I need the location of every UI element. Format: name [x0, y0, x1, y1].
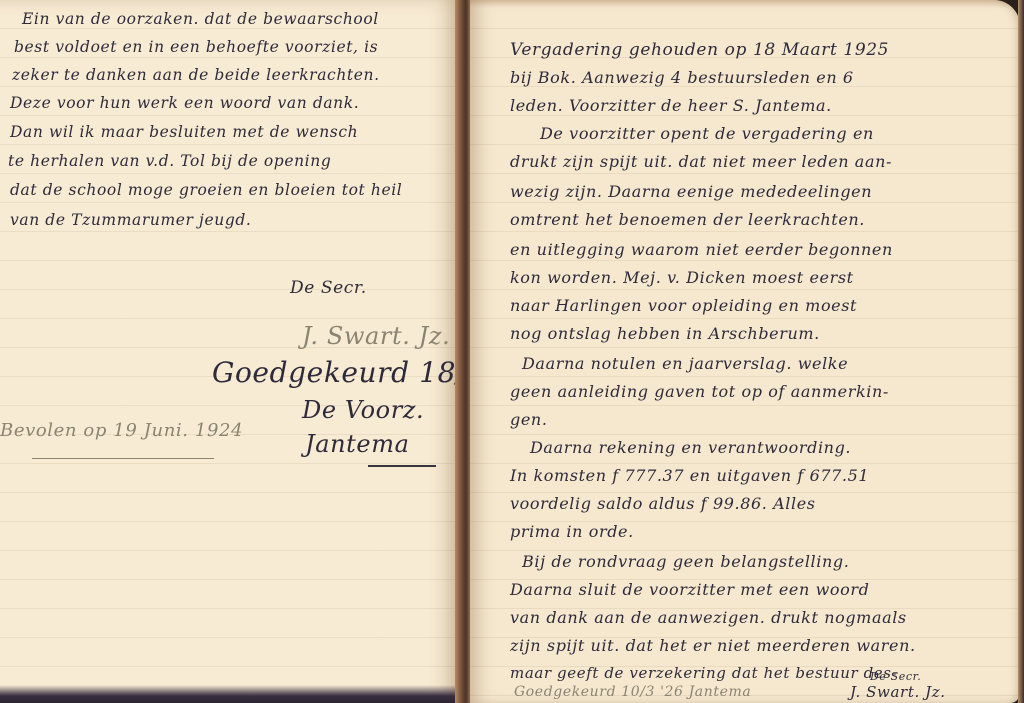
handwritten-line: Vergadering gehouden op 18 Maart 1925: [510, 40, 889, 60]
handwritten-line: In komsten f 777.37 en uitgaven f 677.51: [510, 466, 869, 485]
approval-title: De Voorz.: [302, 396, 424, 424]
approval-signature: Jantema: [305, 430, 410, 458]
handwritten-line: best voldoet en in een behoefte voorziet…: [14, 38, 378, 56]
handwritten-line: Bij de rondvraag geen belangstelling.: [522, 552, 849, 571]
handwritten-line: dat de school moge groeien en bloeien to…: [10, 181, 402, 199]
handwritten-line: en uitlegging waarom niet eerder begonne…: [510, 240, 893, 259]
handwritten-line: zeker te danken aan de beide leerkrachte…: [12, 66, 380, 84]
handwritten-line: omtrent het benoemen der leerkrachten.: [510, 210, 865, 229]
secretary-signature: J. Swart. Jz.: [302, 322, 450, 350]
handwritten-line: maar geeft de verzekering dat het bestuu…: [510, 664, 897, 682]
handwritten-line: Ein van de oorzaken. dat de bewaarschool: [22, 10, 379, 28]
handwritten-line: Daarna rekening en verantwoording.: [530, 438, 851, 457]
handwritten-line: te herhalen van v.d. Tol bij de opening: [8, 152, 331, 170]
right-page: Vergadering gehouden op 18 Maart 1925 bi…: [470, 0, 1020, 703]
handwritten-line: prima in orde.: [510, 522, 634, 541]
notebook-spread: Ein van de oorzaken. dat de bewaarschool…: [0, 0, 1024, 703]
left-page: Ein van de oorzaken. dat de bewaarschool…: [0, 0, 462, 703]
handwritten-line: van de Tzummarumer jeugd.: [10, 211, 251, 229]
handwritten-line: Dan wil ik maar besluiten met de wensch: [10, 123, 358, 141]
handwritten-line: De voorzitter opent de vergadering en: [540, 124, 874, 143]
handwritten-line: wezig zijn. Daarna eenige mededeelingen: [510, 182, 872, 201]
footer-secretary-title: De Secr.: [870, 670, 921, 683]
handwritten-line: voordelig saldo aldus f 99.86. Alles: [510, 494, 816, 513]
closing-title: De Secr.: [290, 278, 367, 298]
handwritten-line: drukt zijn spijt uit. dat niet meer lede…: [510, 152, 892, 171]
footer-approval: Goedgekeurd 10/3 '26 Jantema: [514, 684, 751, 700]
approval-place-date: Goedgekeurd 18/3 '25: [212, 356, 462, 389]
pencil-underline: [32, 458, 214, 459]
handwritten-line: leden. Voorzitter de heer S. Jantema.: [510, 96, 832, 115]
handwritten-line: van dank aan de aanwezigen. drukt nogmaa…: [510, 608, 907, 627]
handwritten-line: kon worden. Mej. v. Dicken moest eerst: [510, 268, 854, 287]
handwritten-line: zijn spijt uit. dat het er niet meerdere…: [510, 636, 916, 655]
handwritten-line: geen aanleiding gaven tot op of aanmerki…: [510, 382, 889, 401]
handwritten-line: Deze voor hun werk een woord van dank.: [10, 94, 359, 112]
page-edge: [1018, 0, 1024, 703]
signature-underline: [368, 465, 436, 467]
handwritten-line: nog ontslag hebben in Arschberum.: [510, 324, 820, 343]
pencil-note: Bevolen op 19 Juni. 1924: [0, 420, 243, 441]
handwritten-line: Daarna notulen en jaarverslag. welke: [522, 354, 848, 373]
footer-secretary-signature: J. Swart. Jz.: [850, 683, 946, 701]
handwritten-line: Daarna sluit de voorzitter met een woord: [510, 580, 869, 599]
handwritten-line: bij Bok. Aanwezig 4 bestuursleden en 6: [510, 68, 854, 87]
handwritten-line: naar Harlingen voor opleiding en moest: [510, 296, 857, 315]
handwritten-line: gen.: [510, 410, 548, 429]
